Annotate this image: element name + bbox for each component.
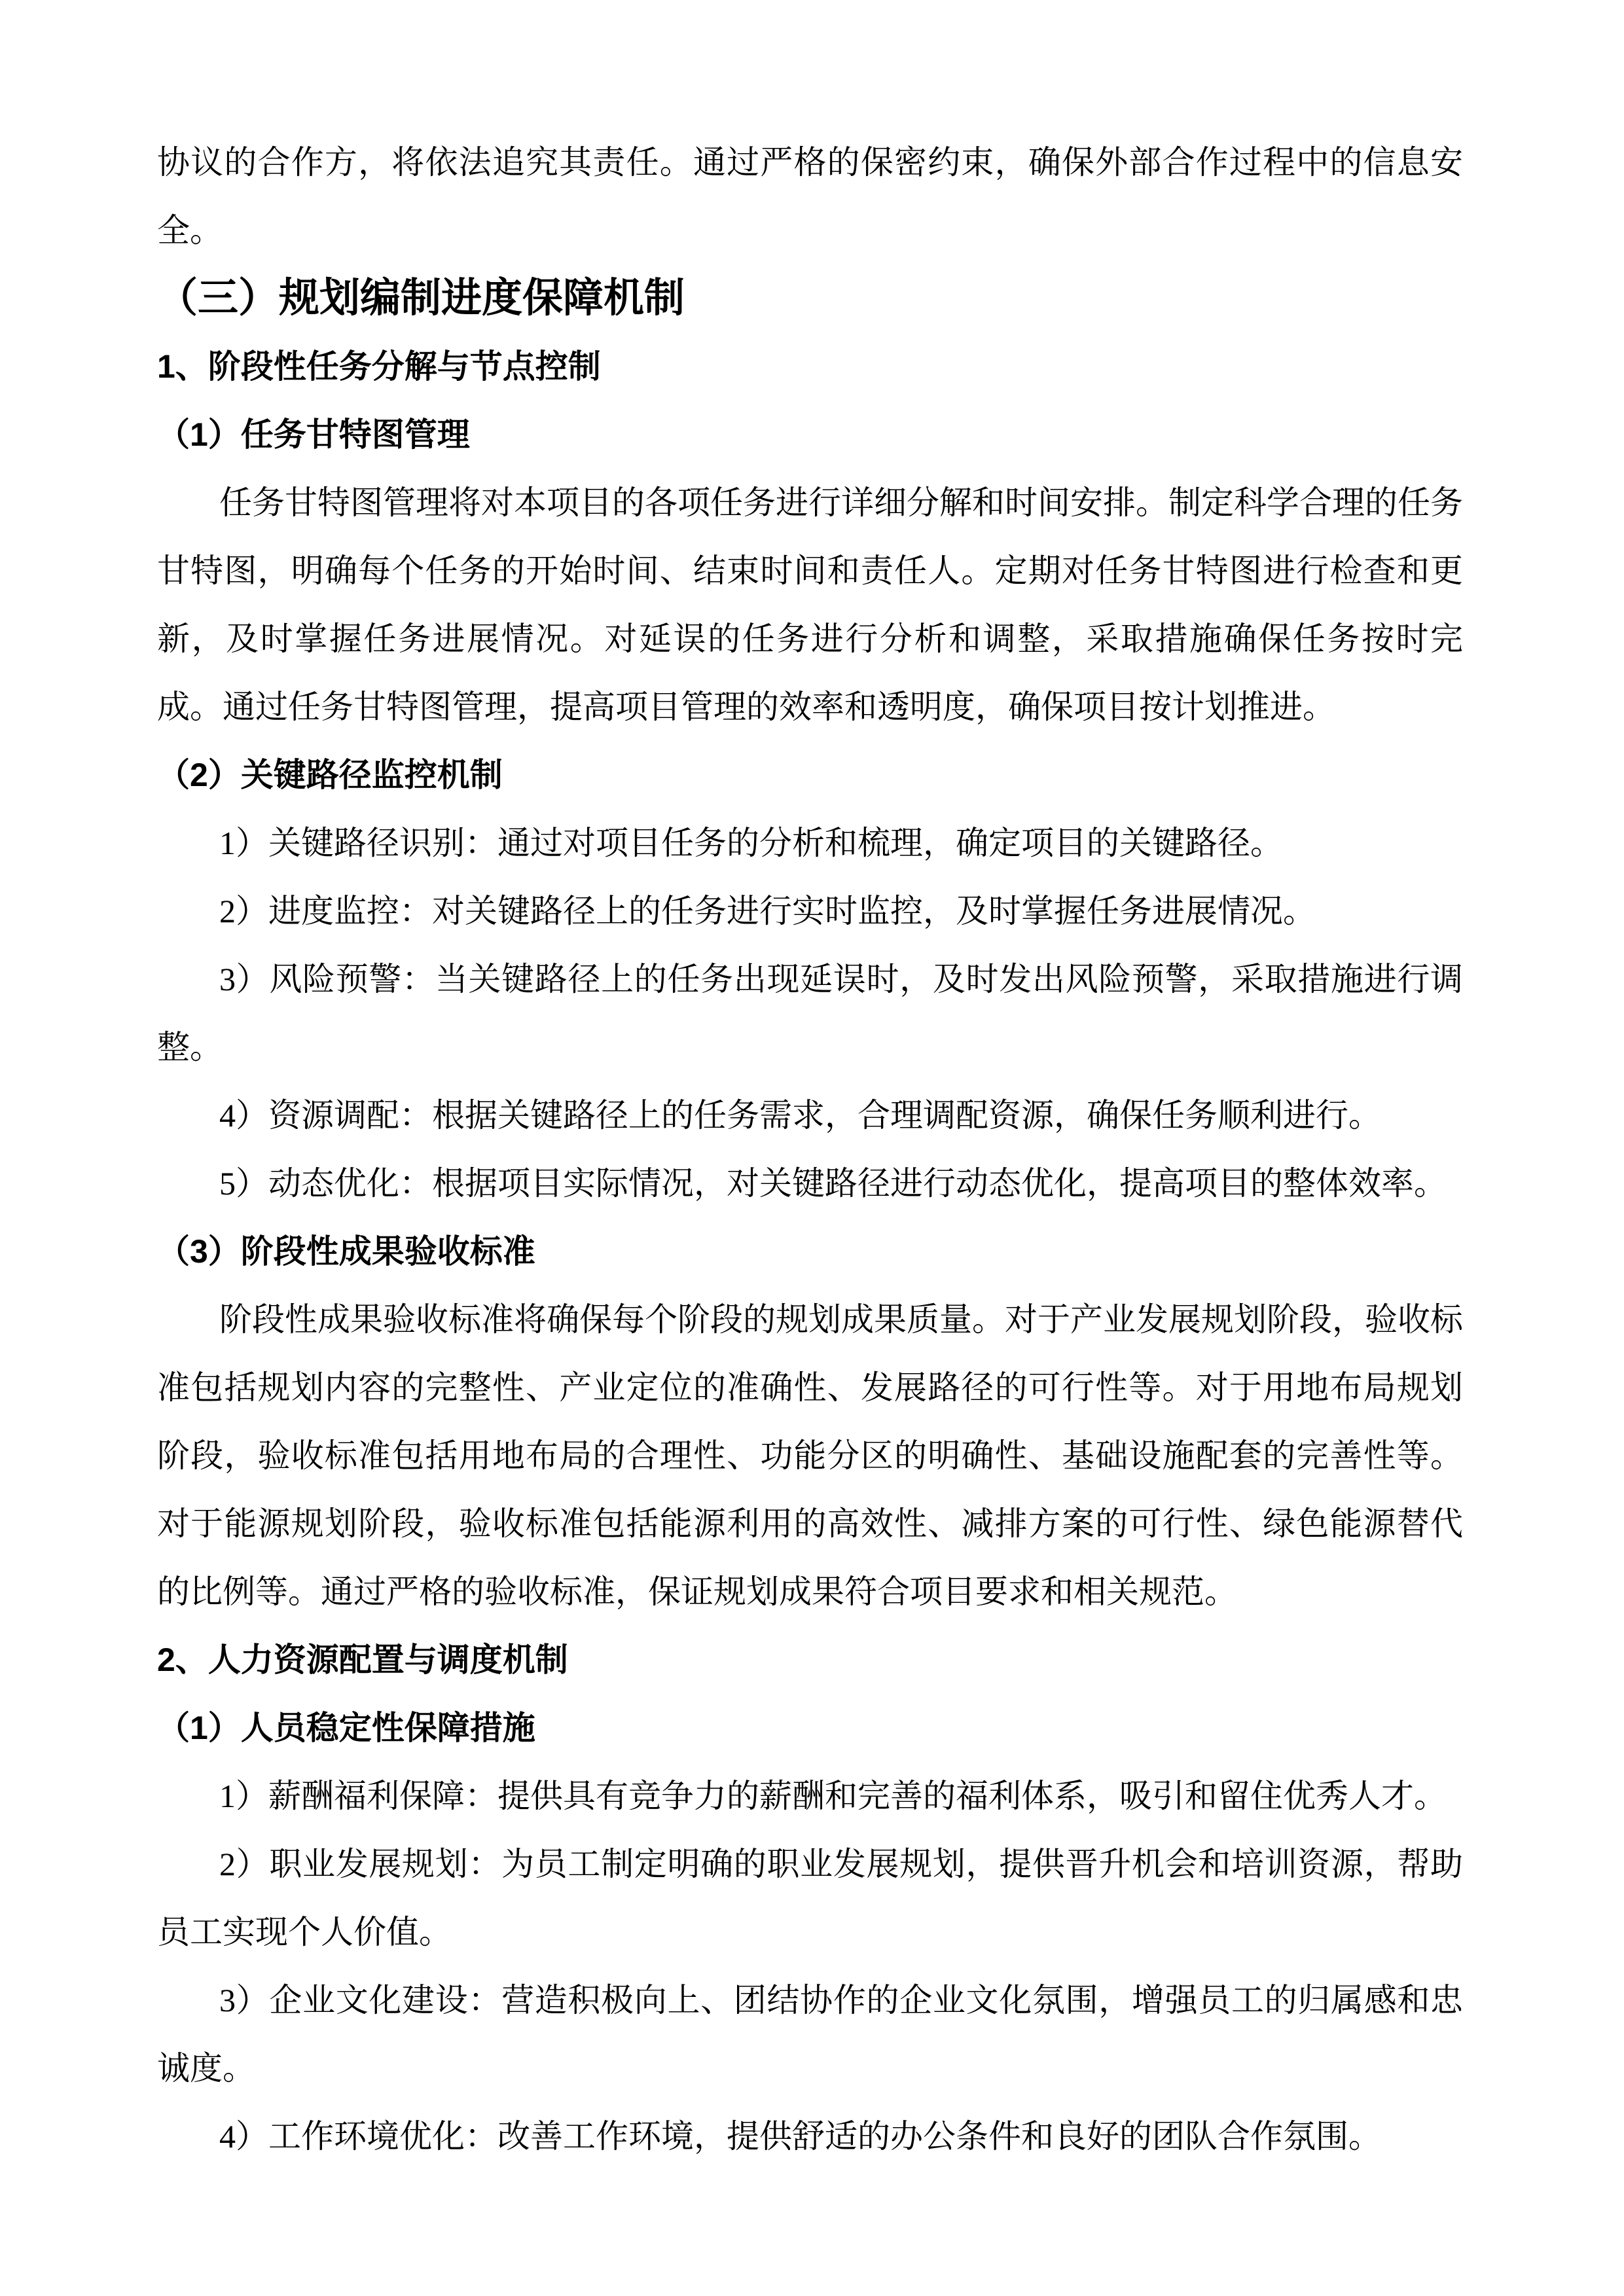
- heading-2-hr-allocation-scheduling: 2、人力资源配置与调度机制: [157, 1626, 1463, 1694]
- paragraph-confidentiality-continuation: 协议的合作方，将依法追究其责任。通过严格的保密约束，确保外部合作过程中的信息安全…: [157, 128, 1463, 264]
- heading-1-3-stage-acceptance-criteria: （3）阶段性成果验收标准: [157, 1217, 1463, 1285]
- list-item-risk-warning: 3）风险预警：当关键路径上的任务出现延误时，及时发出风险预警，采取措施进行调整。: [157, 945, 1463, 1081]
- heading-2-1-staff-stability-measures: （1）人员稳定性保障措施: [157, 1694, 1463, 1762]
- heading-1-2-critical-path-monitoring: （2）关键路径监控机制: [157, 741, 1463, 809]
- list-item-career-development: 2）职业发展规划：为员工制定明确的职业发展规划，提供晋升机会和培训资源，帮助员工…: [157, 1830, 1463, 1966]
- heading-1-1-gantt-chart-management: （1）任务甘特图管理: [157, 401, 1463, 469]
- paragraph-stage-acceptance-criteria: 阶段性成果验收标准将确保每个阶段的规划成果质量。对于产业发展规划阶段，验收标准包…: [157, 1285, 1463, 1626]
- list-item-critical-path-identification: 1）关键路径识别：通过对项目任务的分析和梳理，确定项目的关键路径。: [157, 809, 1463, 877]
- heading-1-task-decomposition-node-control: 1、阶段性任务分解与节点控制: [157, 332, 1463, 401]
- paragraph-gantt-chart-management: 任务甘特图管理将对本项目的各项任务进行详细分解和时间安排。制定科学合理的任务甘特…: [157, 469, 1463, 741]
- list-item-dynamic-optimization: 5）动态优化：根据项目实际情况，对关键路径进行动态优化，提高项目的整体效率。: [157, 1149, 1463, 1217]
- list-item-resource-allocation: 4）资源调配：根据关键路径上的任务需求，合理调配资源，确保任务顺利进行。: [157, 1081, 1463, 1149]
- heading-section-three-schedule-guarantee: （三）规划编制进度保障机制: [157, 264, 1463, 332]
- list-item-progress-monitoring: 2）进度监控：对关键路径上的任务进行实时监控，及时掌握任务进展情况。: [157, 877, 1463, 945]
- list-item-work-environment: 4）工作环境优化：改善工作环境，提供舒适的办公条件和良好的团队合作氛围。: [157, 2102, 1463, 2170]
- list-item-corporate-culture: 3）企业文化建设：营造积极向上、团结协作的企业文化氛围，增强员工的归属感和忠诚度…: [157, 1966, 1463, 2102]
- list-item-salary-welfare: 1）薪酬福利保障：提供具有竞争力的薪酬和完善的福利体系，吸引和留住优秀人才。: [157, 1762, 1463, 1830]
- document-page: 协议的合作方，将依法追究其责任。通过严格的保密约束，确保外部合作过程中的信息安全…: [0, 0, 1624, 2296]
